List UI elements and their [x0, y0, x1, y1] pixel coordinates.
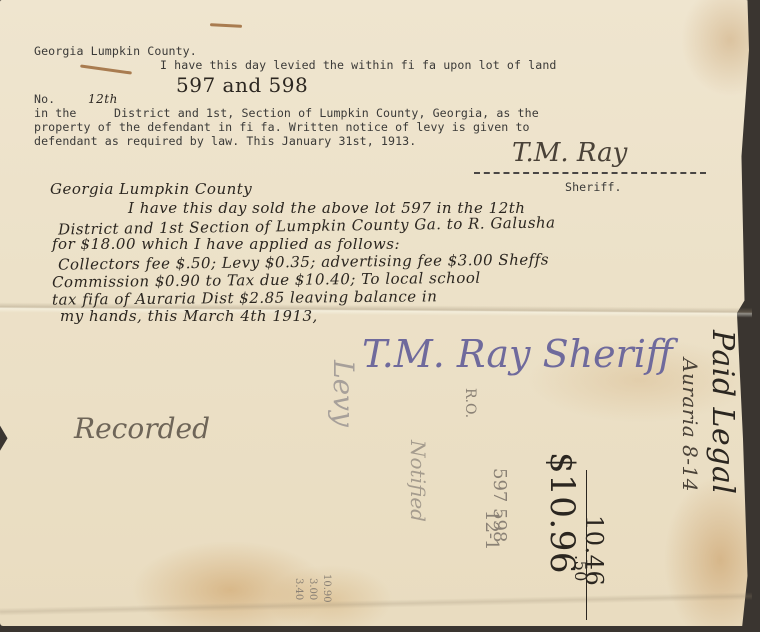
typed-line-1: I have this day levied the within fi fa …: [160, 58, 556, 72]
typed-line-5: defendant as required by law. This Janua…: [34, 134, 416, 148]
violet-sheriff-signature: T.M. Ray Sheriff: [362, 332, 673, 376]
auraria-note: Auraria 8-14: [678, 358, 702, 492]
handwritten-lot-numbers: 597 and 598: [176, 73, 308, 97]
typed-district-prefix: in the: [34, 106, 76, 120]
return-line-4: for $18.00 which I have applied as follo…: [52, 235, 400, 253]
district-note: 12-1: [481, 510, 502, 550]
total-amount: $10.96: [542, 452, 582, 574]
return-line-7: tax fifa of Auraria Dist $2.85 leaving b…: [52, 287, 437, 308]
ro-note: R.O.: [462, 388, 478, 418]
pencil-number: 3.40: [293, 578, 304, 600]
typed-no-label: No.: [34, 92, 55, 106]
sum-line: [586, 470, 587, 620]
notified-note: Notified: [406, 440, 430, 522]
pencil-number: 3.00: [307, 578, 318, 600]
return-line-8: my hands, this March 4th 1913,: [60, 307, 318, 325]
signature-line: [474, 172, 706, 174]
pencil-number: 10.90: [321, 574, 332, 603]
handwritten-district: 12th: [88, 92, 118, 106]
paid-legal-note: Paid Legal: [705, 330, 740, 494]
return-line-1: Georgia Lumpkin County: [50, 180, 252, 198]
sheriff-signature: T.M. Ray: [512, 138, 627, 168]
signature-title: Sheriff.: [565, 180, 622, 194]
typed-line-4: property of the defendant in fi fa. Writ…: [34, 120, 530, 134]
recorded-note: Recorded: [74, 412, 210, 445]
typed-line-3: District and 1st, Section of Lumpkin Cou…: [114, 106, 539, 120]
faint-pencil-note: Levy: [327, 360, 360, 427]
typed-header: Georgia Lumpkin County.: [34, 44, 197, 58]
